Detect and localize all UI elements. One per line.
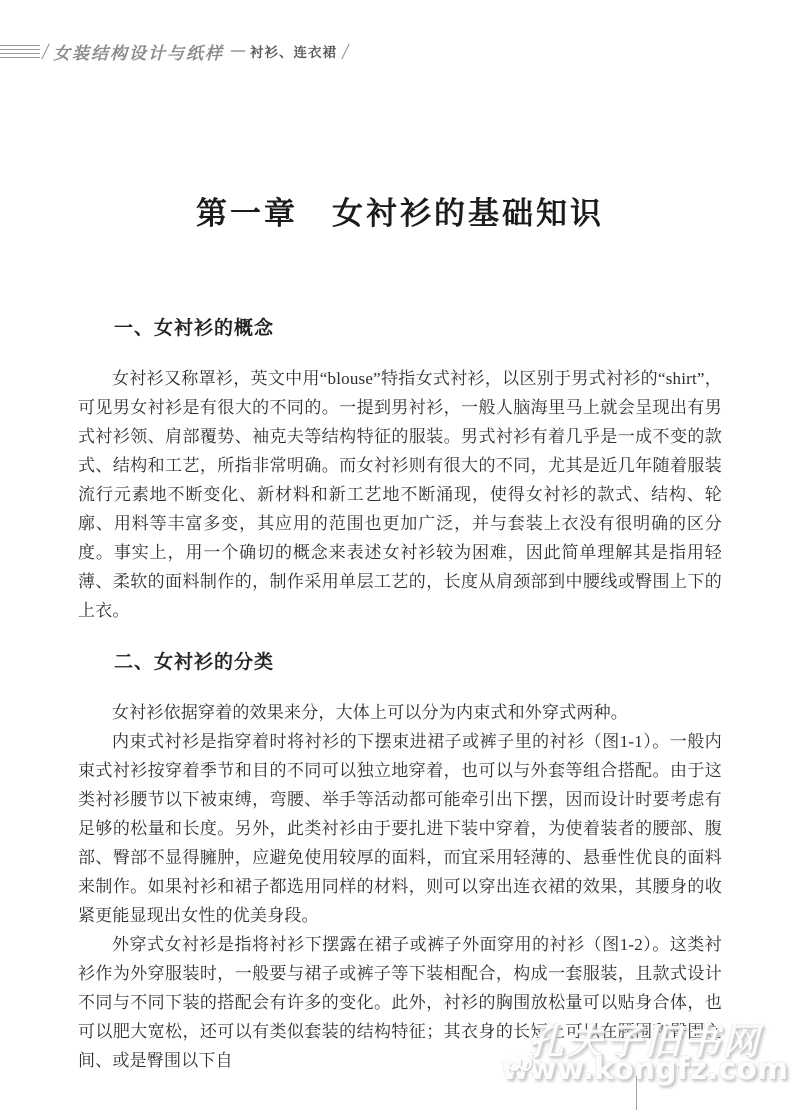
book-title: 女装结构设计与纸样 [53,39,224,64]
watermark: 孔夫子旧书网 www.kongfz.com [501,1022,788,1086]
body-paragraph: 女衬衫又称罩衫，英文中用“blouse”特指女式衬衫，以区别于男式衬衫的“shi… [78,364,722,625]
header-slash-right-icon [341,43,349,59]
header-separator: — [231,43,245,59]
kongfz-rings-icon [507,1054,529,1071]
watermark-site-url: www.kongfz.com [501,1054,788,1086]
page-content: 第一章 女衬衫的基础知识 一、女衬衫的概念 女衬衫又称罩衫，英文中用“blous… [0,198,800,1075]
section-heading-classification: 二、女衬衫的分类 [114,651,722,674]
book-subtitle: 衬衫、连衣裙 [250,41,337,61]
header-slash-left-icon [41,43,49,59]
header-rule-lines [0,45,40,58]
watermark-vertical-line [636,1076,637,1110]
chapter-title: 第一章 女衬衫的基础知识 [78,198,722,229]
body-paragraph: 内束式衬衫是指穿着时将衬衫的下摆束进裙子或裤子里的衬衫（图1-1）。一般内束式衬… [78,727,722,930]
section-heading-concept: 一、女衬衫的概念 [114,317,722,340]
book-page: 女装结构设计与纸样 — 衬衫、连衣裙 第一章 女衬衫的基础知识 一、女衬衫的概念… [0,0,800,1110]
body-paragraph: 女衬衫依据穿着的效果来分，大体上可以分为内束式和外穿式两种。 [78,698,722,727]
running-header: 女装结构设计与纸样 — 衬衫、连衣裙 [0,38,346,64]
